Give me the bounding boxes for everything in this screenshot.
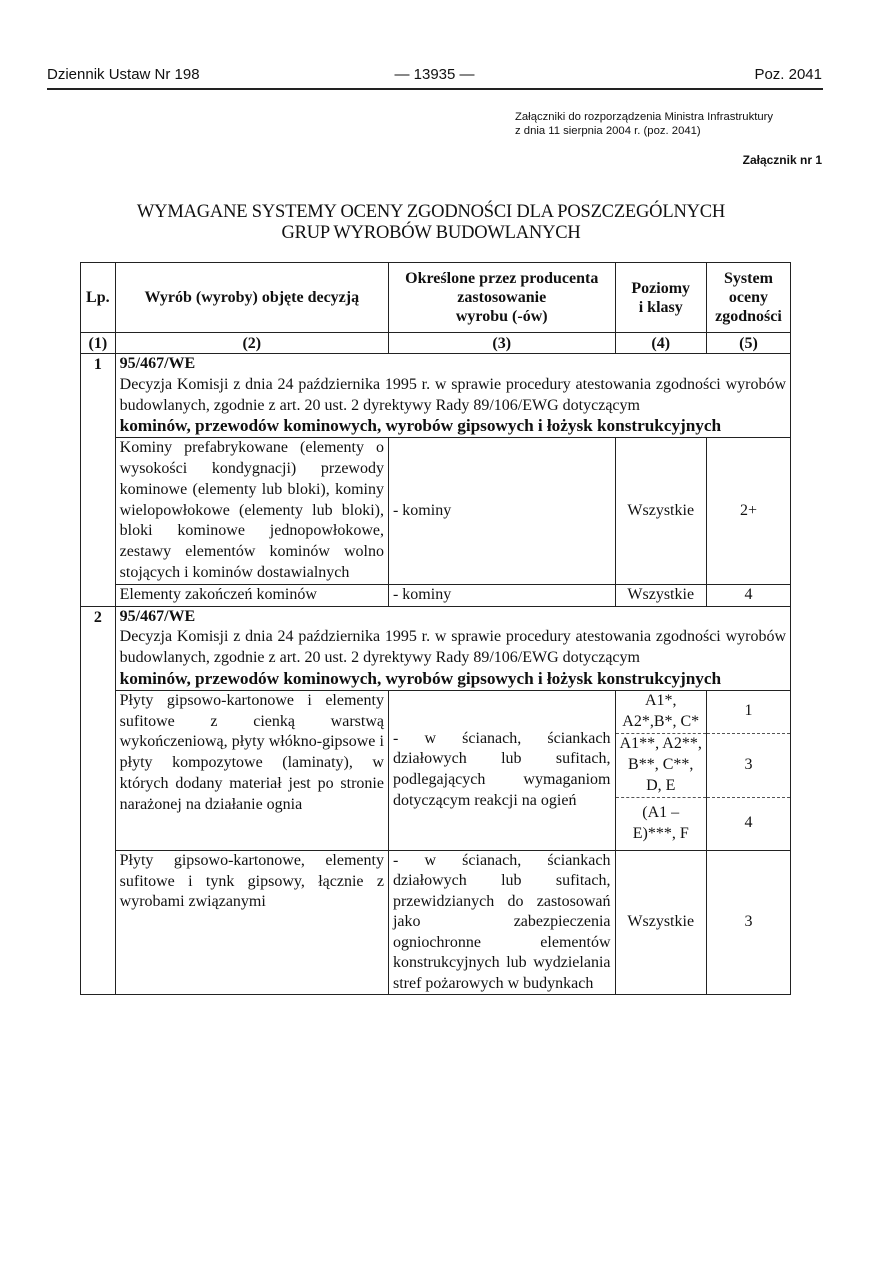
position-number: Poz. 2041 [754, 66, 822, 83]
product-cell: Płyty gipsowo-kartonowe i elementy sufit… [115, 690, 388, 850]
table-header-row: Lp. Wyrób (wyroby) objęte decyzją Określ… [81, 263, 791, 333]
levels-cell: (A1 – E)***, F [615, 797, 706, 850]
document-title: WYMAGANE SYSTEMY OCENY ZGODNOŚCI DLA POS… [0, 202, 862, 244]
header-levels-line2: i klasy [620, 298, 702, 317]
title-line1: WYMAGANE SYSTEMY OCENY ZGODNOŚCI DLA POS… [0, 202, 862, 223]
decision-subject: kominów, przewodów kominowych, wyrobów g… [120, 669, 786, 690]
header-use-line1: Określone przez producenta [393, 269, 611, 288]
decision-cell: 95/467/WE Decyzja Komisji z dnia 24 paźd… [115, 354, 790, 438]
header-system: System oceny zgodności [706, 263, 790, 333]
group-header-row: 1 95/467/WE Decyzja Komisji z dnia 24 pa… [81, 354, 791, 438]
page-number: — 13935 — [47, 66, 822, 83]
annex-label: Załącznik nr 1 [743, 153, 822, 167]
decision-text: Decyzja Komisji z dnia 24 października 1… [120, 375, 786, 417]
group-number: 1 [81, 354, 116, 607]
attachment-note-line1: Załączniki do rozporządzenia Ministra In… [515, 110, 822, 124]
levels-cell: A1**, A2**, B**, C**, D, E [615, 733, 706, 797]
decision-cell: 95/467/WE Decyzja Komisji z dnia 24 paźd… [115, 606, 790, 690]
table-row: Płyty gipsowo-kartonowe i elementy sufit… [81, 690, 791, 733]
table-row: Płyty gipsowo-kartonowe, elementy sufito… [81, 850, 791, 995]
header-system-line2: oceny [711, 288, 786, 307]
system-cell: 3 [706, 733, 790, 797]
system-cell: 2+ [706, 438, 790, 585]
product-cell: Płyty gipsowo-kartonowe, elementy sufito… [115, 850, 388, 995]
header-levels: Poziomy i klasy [615, 263, 706, 333]
column-number: (2) [115, 333, 388, 354]
group-header-row: 2 95/467/WE Decyzja Komisji z dnia 24 pa… [81, 606, 791, 690]
header-use-line3: wyrobu (-ów) [393, 307, 611, 326]
column-number: (5) [706, 333, 790, 354]
table-row: Elementy zakończeń kominów - kominy Wszy… [81, 584, 791, 606]
header-rule [47, 88, 823, 90]
running-header: Dziennik Ustaw Nr 198 — 13935 — Poz. 204… [47, 66, 822, 88]
column-number: (4) [615, 333, 706, 354]
decision-subject: kominów, przewodów kominowych, wyrobów g… [120, 416, 786, 437]
column-number-row: (1) (2) (3) (4) (5) [81, 333, 791, 354]
header-use-line2: zastosowanie [393, 288, 611, 307]
column-number: (3) [388, 333, 615, 354]
table-row: Kominy prefabrykowane (elementy o wysoko… [81, 438, 791, 585]
attachment-note-line2: z dnia 11 sierpnia 2004 r. (poz. 2041) [515, 124, 822, 138]
conformity-table: Lp. Wyrób (wyroby) objęte decyzją Określ… [80, 262, 791, 995]
header-product: Wyrób (wyroby) objęte decyzją [115, 263, 388, 333]
product-cell: Kominy prefabrykowane (elementy o wysoko… [115, 438, 388, 585]
group-number: 2 [81, 606, 116, 995]
attachment-note: Załączniki do rozporządzenia Ministra In… [515, 110, 822, 138]
header-levels-line1: Poziomy [620, 279, 702, 298]
levels-cell: Wszystkie [615, 850, 706, 995]
levels-cell: Wszystkie [615, 438, 706, 585]
system-cell: 4 [706, 584, 790, 606]
levels-cell: A1*, A2*,B*, C* [615, 690, 706, 733]
product-cell: Elementy zakończeń kominów [115, 584, 388, 606]
levels-cell: Wszystkie [615, 584, 706, 606]
use-cell: - kominy [388, 584, 615, 606]
use-cell: - kominy [388, 438, 615, 585]
system-cell: 1 [706, 690, 790, 733]
header-system-line1: System [711, 269, 786, 288]
header-system-line3: zgodności [711, 307, 786, 326]
decision-code: 95/467/WE [120, 607, 786, 628]
column-number: (1) [81, 333, 116, 354]
header-lp: Lp. [81, 263, 116, 333]
system-cell: 3 [706, 850, 790, 995]
system-cell: 4 [706, 797, 790, 850]
decision-code: 95/467/WE [120, 354, 786, 375]
title-line2: GRUP WYROBÓW BUDOWLANYCH [0, 223, 862, 244]
use-cell: - w ścianach, ściankach działowych lub s… [388, 690, 615, 850]
header-use: Określone przez producenta zastosowanie … [388, 263, 615, 333]
use-cell: - w ścianach, ściankach działowych lub s… [388, 850, 615, 995]
decision-text: Decyzja Komisji z dnia 24 października 1… [120, 627, 786, 669]
